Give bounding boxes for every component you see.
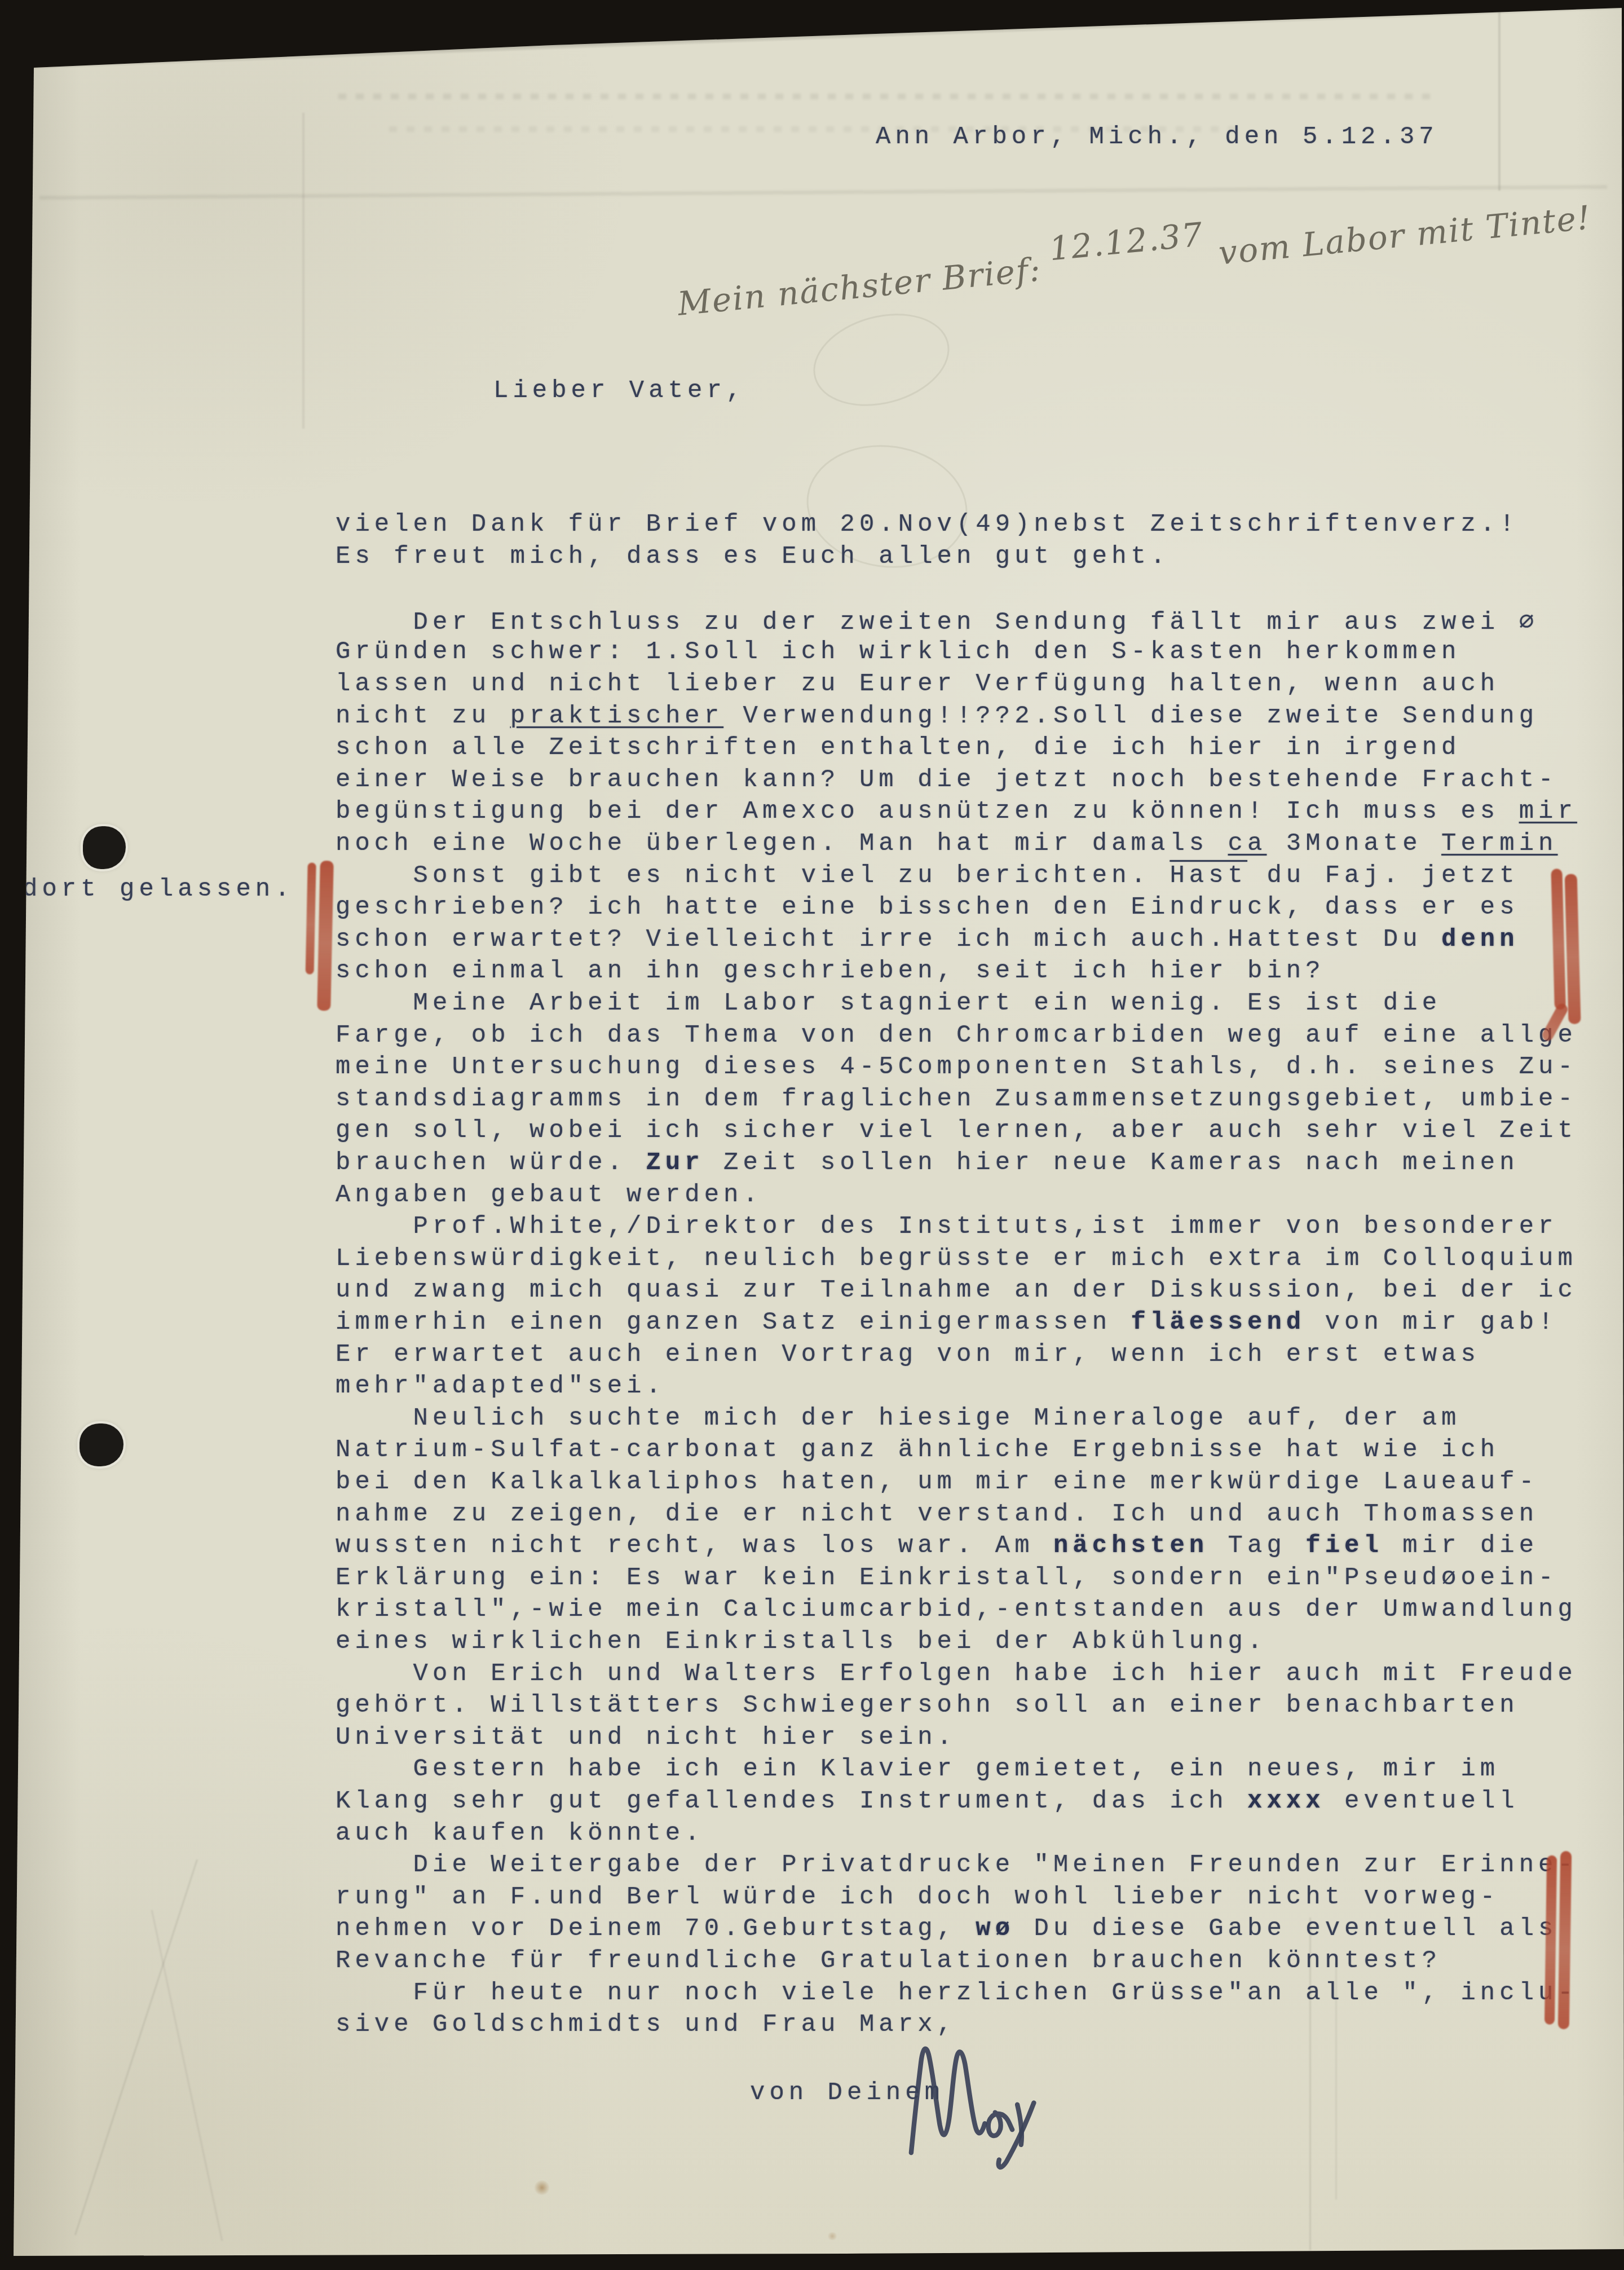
signature-stroke xyxy=(907,2047,986,2153)
signature-stroke xyxy=(988,2112,1013,2136)
red-crayon-mark-left xyxy=(303,860,338,1012)
typed-segment: von mir gab! xyxy=(1305,1308,1557,1337)
pencil-annotation-text: Mein nächster Brief: xyxy=(676,250,1043,323)
ghost-typing-impression xyxy=(338,94,1438,99)
red-stroke xyxy=(1558,1851,1572,2029)
red-stroke-hook xyxy=(1541,1002,1570,1043)
typed-line: Meine Arbeit im Labor stagniert ein weni… xyxy=(336,989,1441,1021)
red-crayon-mark-right-lower xyxy=(1543,1851,1575,2030)
vertical-crease xyxy=(302,113,304,429)
typed-line: nahme zu zeigen, die er nicht verstand. … xyxy=(336,1500,1538,1532)
typed-segment: eventuell xyxy=(1325,1787,1519,1815)
typed-line: nehmen vor Deinem 70.Geburtstag, wø Du d… xyxy=(336,1915,1557,1946)
punch-hole-top xyxy=(83,826,126,869)
typed-line: einer Weise brauchen kann? Um die jetzt … xyxy=(336,766,1557,797)
typed-line: Liebenswürdigkeit, neulich begrüsste er … xyxy=(336,1245,1577,1276)
typed-line: Erklärung ein: Es war kein Einkristall, … xyxy=(336,1564,1557,1595)
scanned-letter-canvas: Ann Arbor, Mich., den 5.12.37 Mein nächs… xyxy=(0,0,1624,2270)
typed-line: Farge, ob ich das Thema von den Chromcar… xyxy=(336,1021,1577,1053)
typed-segment: Tag xyxy=(1208,1532,1305,1560)
typed-line: Angaben gebaut werden. xyxy=(336,1181,762,1213)
typed-line: Universität und nicht hier sein. xyxy=(336,1724,956,1755)
pencil-scratch xyxy=(151,1910,223,2241)
typed-line: immerhin einen ganzen Satz einigermassen… xyxy=(336,1308,1557,1340)
typed-segment: Termin xyxy=(1441,830,1557,858)
typed-line: Er erwartet auch einen Vortrag von mir, … xyxy=(336,1341,1480,1372)
typed-segment: Hast xyxy=(1170,862,1247,890)
signature-stroke xyxy=(1017,2105,1022,2145)
typed-line: Von Erich und Walters Erfolgen habe ich … xyxy=(336,1660,1577,1691)
typed-line: wussten nicht recht, was los war. Am näc… xyxy=(336,1532,1538,1563)
typed-segment: brauchen würde. xyxy=(336,1149,646,1177)
typed-line: Prof.White,/Direktor des Instituts,ist i… xyxy=(336,1213,1557,1244)
punch-hole-bottom xyxy=(80,1423,123,1466)
typed-line: schon erwartet? Vielleicht irre ich mich… xyxy=(336,925,1519,957)
typed-line: vielen Dank für Brief vom 20.Nov(49)nebs… xyxy=(336,510,1519,542)
faint-pencil-loop xyxy=(803,299,960,420)
typed-line: Der Entschluss zu der zweiten Sendung fä… xyxy=(336,606,1538,638)
signature-stroke xyxy=(996,2103,1036,2167)
typed-line: bei den Kalkalkaliphos haten, um mir ein… xyxy=(336,1468,1538,1500)
dateline: Ann Arbor, Mich., den 5.12.37 xyxy=(876,123,1438,151)
handwritten-signature-max xyxy=(899,2027,1046,2174)
typed-line: geschrieben? ich hatte eine bisschen den… xyxy=(336,893,1519,925)
closing-line: von Deinem xyxy=(750,2079,944,2107)
typed-line: gen soll, wobei ich sicher viel lernen, … xyxy=(336,1117,1577,1148)
margin-note: dort gelassen. xyxy=(23,875,294,903)
paper-top-edge-shadow xyxy=(31,0,1624,73)
ghost-typing-impression xyxy=(389,126,1235,132)
typed-segment: nächsten xyxy=(1053,1532,1208,1560)
typed-line: Die Weitergabe der Privatdrucke "Meinen … xyxy=(336,1851,1577,1883)
typed-line: Sonst gibt es nicht viel zu berichten. H… xyxy=(336,862,1519,893)
typed-line: auch kaufen könnte. xyxy=(336,1819,704,1851)
typed-line: gehört. Willstätters Schwiegersohn soll … xyxy=(336,1691,1519,1723)
typed-line: Klang sehr gut gefallendes Instrument, d… xyxy=(336,1787,1519,1819)
stain-spot xyxy=(533,2180,550,2195)
typed-segment: immerhin einen ganzen Satz einigermassen xyxy=(336,1308,1131,1337)
typed-line: und zwang mich quasi zur Teilnahme an de… xyxy=(336,1276,1577,1308)
typed-line: sive Goldschmidts und Frau Marx, xyxy=(336,2011,956,2042)
typed-line: nicht zu praktischer Verwendung!!??2.Sol… xyxy=(336,702,1538,734)
red-stroke xyxy=(1544,1855,1557,2025)
typed-segment: fläessend xyxy=(1131,1308,1306,1337)
typed-line: schon einmal an ihn geschrieben, seit ic… xyxy=(336,957,1325,989)
typed-line: meine Untersuchung dieses 4-5Componenten… xyxy=(336,1053,1577,1085)
typed-segment: Du diese Gabe eventuell als xyxy=(1014,1915,1557,1943)
vertical-crease xyxy=(1335,1963,1337,2200)
typed-segment: begünstigung bei der Amexco ausnützen zu… xyxy=(336,797,1519,826)
typed-line: begünstigung bei der Amexco ausnützen zu… xyxy=(336,797,1577,829)
typed-segment: Klang sehr gut gefallendes Instrument, d… xyxy=(336,1787,1247,1815)
salutation: Lieber Vater, xyxy=(493,377,745,405)
typed-segment: Zur xyxy=(646,1149,704,1177)
red-stroke xyxy=(317,861,334,1011)
red-stroke xyxy=(306,862,316,974)
typed-segment: denn xyxy=(1441,925,1519,954)
letter-body: vielen Dank für Brief vom 20.Nov(49)nebs… xyxy=(336,510,1610,2078)
pencil-annotation-date: 12.12.37 xyxy=(1048,215,1206,268)
typed-segment: xxxx xyxy=(1247,1787,1325,1815)
pencil-annotation-text: vom Labor mit Tinte! xyxy=(1217,198,1593,272)
horizontal-fold-crease xyxy=(39,185,1607,199)
typed-segment: Zeit sollen hier neue Kameras nach meine… xyxy=(704,1149,1519,1177)
typed-line: lassen und nicht lieber zu Eurer Verfügu… xyxy=(336,670,1499,702)
stain-spot xyxy=(827,2232,838,2240)
pencil-scratch xyxy=(74,1859,198,2236)
typed-segment: praktischer xyxy=(510,702,723,730)
typed-segment: wussten nicht recht, was los war. Am xyxy=(336,1532,1053,1560)
vertical-crease xyxy=(1309,1918,1311,2250)
typed-segment: wø xyxy=(976,1915,1014,1943)
typed-line: Gründen schwer: 1.Soll ich wirklich den … xyxy=(336,638,1460,669)
pencil-annotation: Mein nächster Brief:12.12.37vom Labor mi… xyxy=(676,196,1600,323)
typed-segment: fiel xyxy=(1305,1532,1383,1560)
typed-segment: Verwendung!!??2.Soll diese zweite Sendun… xyxy=(723,702,1538,730)
typed-segment: nehmen vor Deinem 70.Geburtstag, xyxy=(336,1915,976,1943)
typed-segment: ca xyxy=(1228,830,1267,858)
typed-line: schon alle Zeitschriften enthalten, die … xyxy=(336,734,1460,765)
typed-line: Gestern habe ich ein Klavier gemietet, e… xyxy=(336,1755,1499,1787)
typed-line: kristall",-wie mein Calciumcarbid,-entst… xyxy=(336,1595,1577,1627)
typed-segment: 3Monate xyxy=(1266,830,1441,858)
typed-segment: noch eine Woche überlegen. Man hat mir d… xyxy=(336,830,1228,858)
typed-line: mehr"adapted"sei. xyxy=(336,1372,665,1404)
typed-line: Revanche für freundliche Gratulationen b… xyxy=(336,1947,1441,1978)
typed-segment: Sonst gibt es nicht viel zu berichten. xyxy=(336,862,1170,890)
red-crayon-mark-right-upper xyxy=(1548,868,1583,1025)
typed-line: noch eine Woche überlegen. Man hat mir d… xyxy=(336,830,1558,861)
faint-pencil-loop xyxy=(798,435,975,578)
vertical-crease xyxy=(1498,5,1501,191)
typed-line: Für heute nur noch viele herzlichen Grüs… xyxy=(336,1979,1577,2011)
typed-segment: mir die xyxy=(1383,1532,1538,1560)
typed-segment: du Faj. jetzt xyxy=(1247,862,1519,890)
typed-line: eines wirklichen Einkristalls bei der Ab… xyxy=(336,1628,1266,1659)
typed-line: brauchen würde. Zur Zeit sollen hier neu… xyxy=(336,1149,1519,1180)
typed-line: standsdiagramms in dem fraglichen Zusamm… xyxy=(336,1085,1577,1117)
red-stroke xyxy=(1565,874,1581,1024)
typed-segment: mir xyxy=(1519,797,1577,826)
typed-line: Neulich suchte mich der hiesige Mineralo… xyxy=(336,1404,1460,1436)
red-stroke xyxy=(1551,869,1566,1010)
letter-paper-sheet: Ann Arbor, Mich., den 5.12.37 Mein nächs… xyxy=(0,0,1624,2270)
typed-line: rung" an F.und Berl würde ich doch wohl … xyxy=(336,1883,1499,1915)
typed-segment: schon erwartet? Vielleicht irre ich mich… xyxy=(336,925,1441,954)
typed-line: Natrium-Sulfat-carbonat ganz ähnliche Er… xyxy=(336,1436,1499,1467)
typed-line: Es freut mich, dass es Euch allen gut ge… xyxy=(336,543,1170,574)
typed-segment: nicht zu xyxy=(336,702,510,730)
